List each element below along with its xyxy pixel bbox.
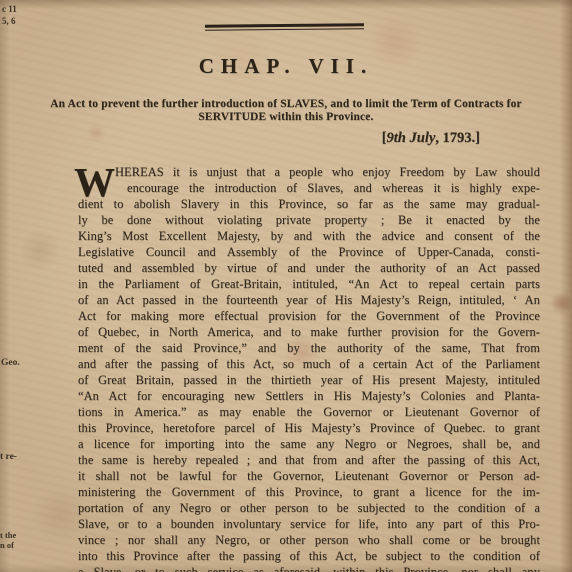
- body-line: of Great Britain, passed in the thirtiet…: [78, 372, 540, 388]
- body-line: the same is hereby repealed ; and that f…: [78, 452, 540, 468]
- marginalia-line: c 11: [2, 3, 17, 15]
- margin-note-bottom: t the n of: [0, 530, 16, 550]
- body-line: encourage the introduction of Slaves, an…: [78, 180, 540, 196]
- margin-note-line: t the: [0, 530, 16, 540]
- body-line: this Province, heretofore parcel of His …: [78, 420, 540, 436]
- body-line: “An Act for encouraging new Settlers in …: [78, 388, 540, 404]
- drop-cap-w: W: [74, 167, 115, 197]
- body-line: a licence for importing into the same an…: [78, 436, 540, 452]
- body-line: dient to abolish Slavery in this Provinc…: [78, 196, 540, 212]
- date-year: , 1793.]: [435, 130, 480, 146]
- body-line: of Quebec, in North America, and to make…: [78, 324, 540, 340]
- body-line: Slave, or to a bounden involuntary servi…: [78, 516, 540, 532]
- margin-note-repealed: t re-: [0, 452, 17, 463]
- assent-date: [9th July, 1793.]: [382, 130, 480, 147]
- body-line: in the Parliament of Great-Britain, inti…: [78, 276, 540, 292]
- body-line: King’s Most Excellent Majesty, by and wi…: [78, 228, 540, 244]
- body-line: portation of any Negro or other person t…: [78, 500, 540, 516]
- body-line: HEREAS it is unjust that a people who en…: [78, 164, 540, 180]
- rule-thin-line: [205, 28, 364, 30]
- body-line: of an Act passed in the fourteenth year …: [78, 292, 540, 308]
- body-line: it shall not be lawful for the Governor,…: [78, 468, 540, 484]
- body-line: and after the passing of this Act, so mu…: [78, 356, 540, 372]
- act-title-line-2: SERVITUDE within this Province.: [6, 111, 566, 124]
- body-line: into this Province after the passing of …: [78, 548, 540, 564]
- body-line: ly be done without violating private pro…: [78, 212, 540, 228]
- margin-note-geo: Geo.: [1, 358, 20, 369]
- body-line: Legislative Council and Assembly of the …: [78, 244, 540, 260]
- body-line: vince ; nor shall any Negro, or other pe…: [78, 532, 540, 548]
- body-line: ment of the said Province,” and by the a…: [78, 340, 540, 356]
- body-line: ministering the Government of this Provi…: [78, 484, 540, 500]
- date-italic: 9th July: [387, 130, 436, 146]
- body-line: Act for making more effectual provision …: [78, 308, 540, 324]
- act-title-line-1: An Act to prevent the further introducti…: [6, 98, 566, 111]
- body-line: a Slave, or to such service as aforesaid…: [78, 564, 540, 572]
- margin-note-line: n of: [0, 540, 16, 550]
- top-left-marginalia: c 11 5, 6: [2, 3, 17, 27]
- act-body-text: W HEREAS it is unjust that a people who …: [78, 164, 540, 572]
- act-title: An Act to prevent the further introducti…: [6, 98, 566, 123]
- body-line: tions in America.” as may enable the Gov…: [78, 404, 540, 420]
- marginalia-line: 5, 6: [2, 15, 17, 27]
- chapter-heading: CHAP. VII.: [0, 54, 572, 79]
- body-line: tuted and assembled by virtue of and und…: [78, 260, 540, 276]
- double-rule-divider: [205, 23, 364, 30]
- scanned-act-page: c 11 5, 6 CHAP. VII. An Act to prevent t…: [0, 0, 572, 572]
